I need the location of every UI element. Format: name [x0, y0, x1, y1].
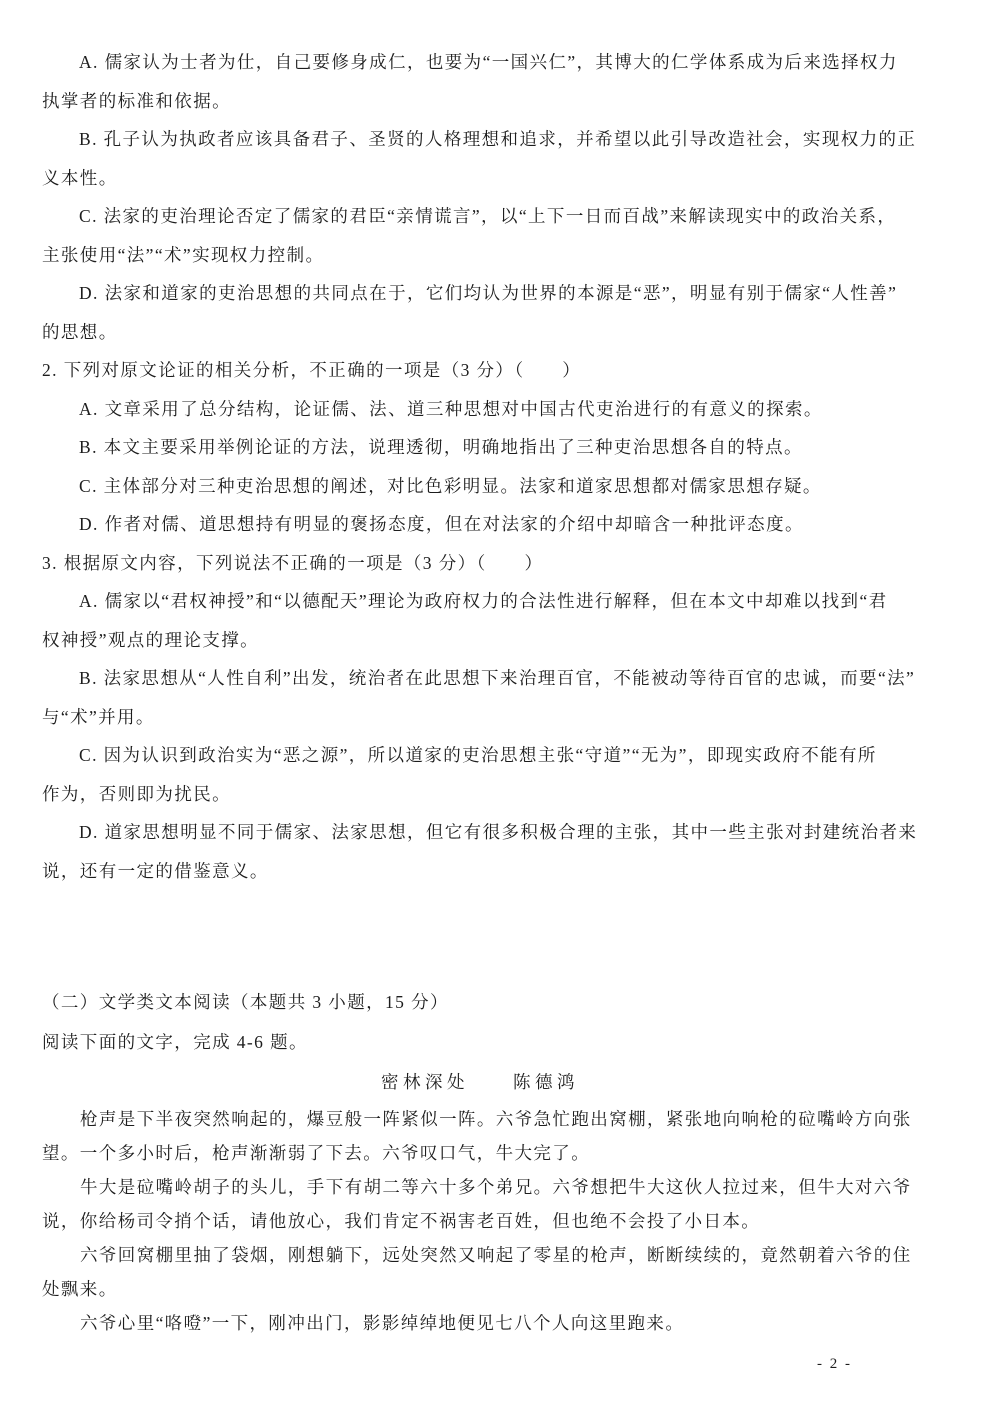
story-para3-line2: 处飘来。 [42, 1272, 948, 1306]
story-title: 密林深处 陈德鸿 [42, 1062, 948, 1102]
q2-option-d: D. 作者对儒、道思想持有明显的褒扬态度，但在对法家的介绍中却暗含一种批评态度。 [42, 505, 948, 544]
q1-option-d-line1: D. 法家和道家的吏治思想的共同点在于，它们均认为世界的本源是“恶”，明显有别于… [42, 274, 948, 313]
q2-stem: 2. 下列对原文论证的相关分析，不正确的一项是（3 分）（ ） [42, 351, 948, 390]
story-para2-line1: 牛大是砬嘴岭胡子的头儿，手下有胡二等六十多个弟兄。六爷想把牛大这伙人拉过来，但牛… [42, 1170, 948, 1204]
q3-option-c-line2: 作为，否则即为扰民。 [42, 775, 948, 814]
q1-option-d-line2: 的思想。 [42, 313, 948, 352]
q2-option-a: A. 文章采用了总分结构，论证儒、法、道三种思想对中国古代吏治进行的有意义的探索… [42, 390, 948, 429]
q3-option-b-line2: 与“术”并用。 [42, 698, 948, 737]
section-gap [42, 890, 948, 982]
q3-option-c-line1: C. 因为认识到政治实为“恶之源”，所以道家的吏治思想主张“守道”“无为”，即现… [42, 736, 948, 775]
q1-option-a-line2: 执掌者的标准和依据。 [42, 82, 948, 121]
q3-stem: 3. 根据原文内容，下列说法不正确的一项是（3 分）（ ） [42, 544, 948, 583]
q3-option-d-line2: 说，还有一定的借鉴意义。 [42, 852, 948, 891]
q1-option-a-line1: A. 儒家认为士者为仕，自己要修身成仁，也要为“一国兴仁”，其博大的仁学体系成为… [42, 43, 948, 82]
q2-option-b: B. 本文主要采用举例论证的方法，说理透彻，明确地指出了三种吏治思想各自的特点。 [42, 428, 948, 467]
q1-option-b-line2: 义本性。 [42, 159, 948, 198]
document-body: A. 儒家认为士者为仕，自己要修身成仁，也要为“一国兴仁”，其博大的仁学体系成为… [42, 43, 948, 1340]
page-number: - 2 - [817, 1356, 852, 1373]
q1-option-c-line2: 主张使用“法”“术”实现权力控制。 [42, 236, 948, 275]
story-para2-line2: 说，你给杨司令捎个话，请他放心，我们肯定不祸害老百姓，但也绝不会投了小日本。 [42, 1204, 948, 1238]
q2-option-c: C. 主体部分对三种吏治思想的阐述，对比色彩明显。法家和道家思想都对儒家思想存疑… [42, 467, 948, 506]
q1-option-c-line1: C. 法家的吏治理论否定了儒家的君臣“亲情谎言”，以“上下一日而百战”来解读现实… [42, 197, 948, 236]
story-para1-line2: 望。一个多小时后，枪声渐渐弱了下去。六爷叹口气，牛大完了。 [42, 1136, 948, 1170]
section2-heading: （二）文学类文本阅读（本题共 3 小题，15 分） [42, 982, 948, 1022]
document-page: A. 儒家认为士者为仕，自己要修身成仁，也要为“一国兴仁”，其博大的仁学体系成为… [0, 0, 992, 1403]
story-para3-line1: 六爷回窝棚里抽了袋烟，刚想躺下，远处突然又响起了零星的枪声，断断续续的，竟然朝着… [42, 1238, 948, 1272]
q3-option-a-line1: A. 儒家以“君权神授”和“以德配天”理论为政府权力的合法性进行解释，但在本文中… [42, 582, 948, 621]
q1-option-b-line1: B. 孔子认为执政者应该具备君子、圣贤的人格理想和追求，并希望以此引导改造社会，… [42, 120, 948, 159]
story-para1-line1: 枪声是下半夜突然响起的，爆豆般一阵紧似一阵。六爷急忙跑出窝棚，紧张地向响枪的砬嘴… [42, 1102, 948, 1136]
q3-option-d-line1: D. 道家思想明显不同于儒家、法家思想，但它有很多积极合理的主张，其中一些主张对… [42, 813, 948, 852]
q3-option-a-line2: 权神授”观点的理论支撑。 [42, 621, 948, 660]
story-para4-line1: 六爷心里“咯噔”一下，刚冲出门，影影绰绰地便见七八个人向这里跑来。 [42, 1306, 948, 1340]
q3-option-b-line1: B. 法家思想从“人性自利”出发，统治者在此思想下来治理百官，不能被动等待百官的… [42, 659, 948, 698]
section2-instruction: 阅读下面的文字，完成 4-6 题。 [42, 1022, 948, 1062]
